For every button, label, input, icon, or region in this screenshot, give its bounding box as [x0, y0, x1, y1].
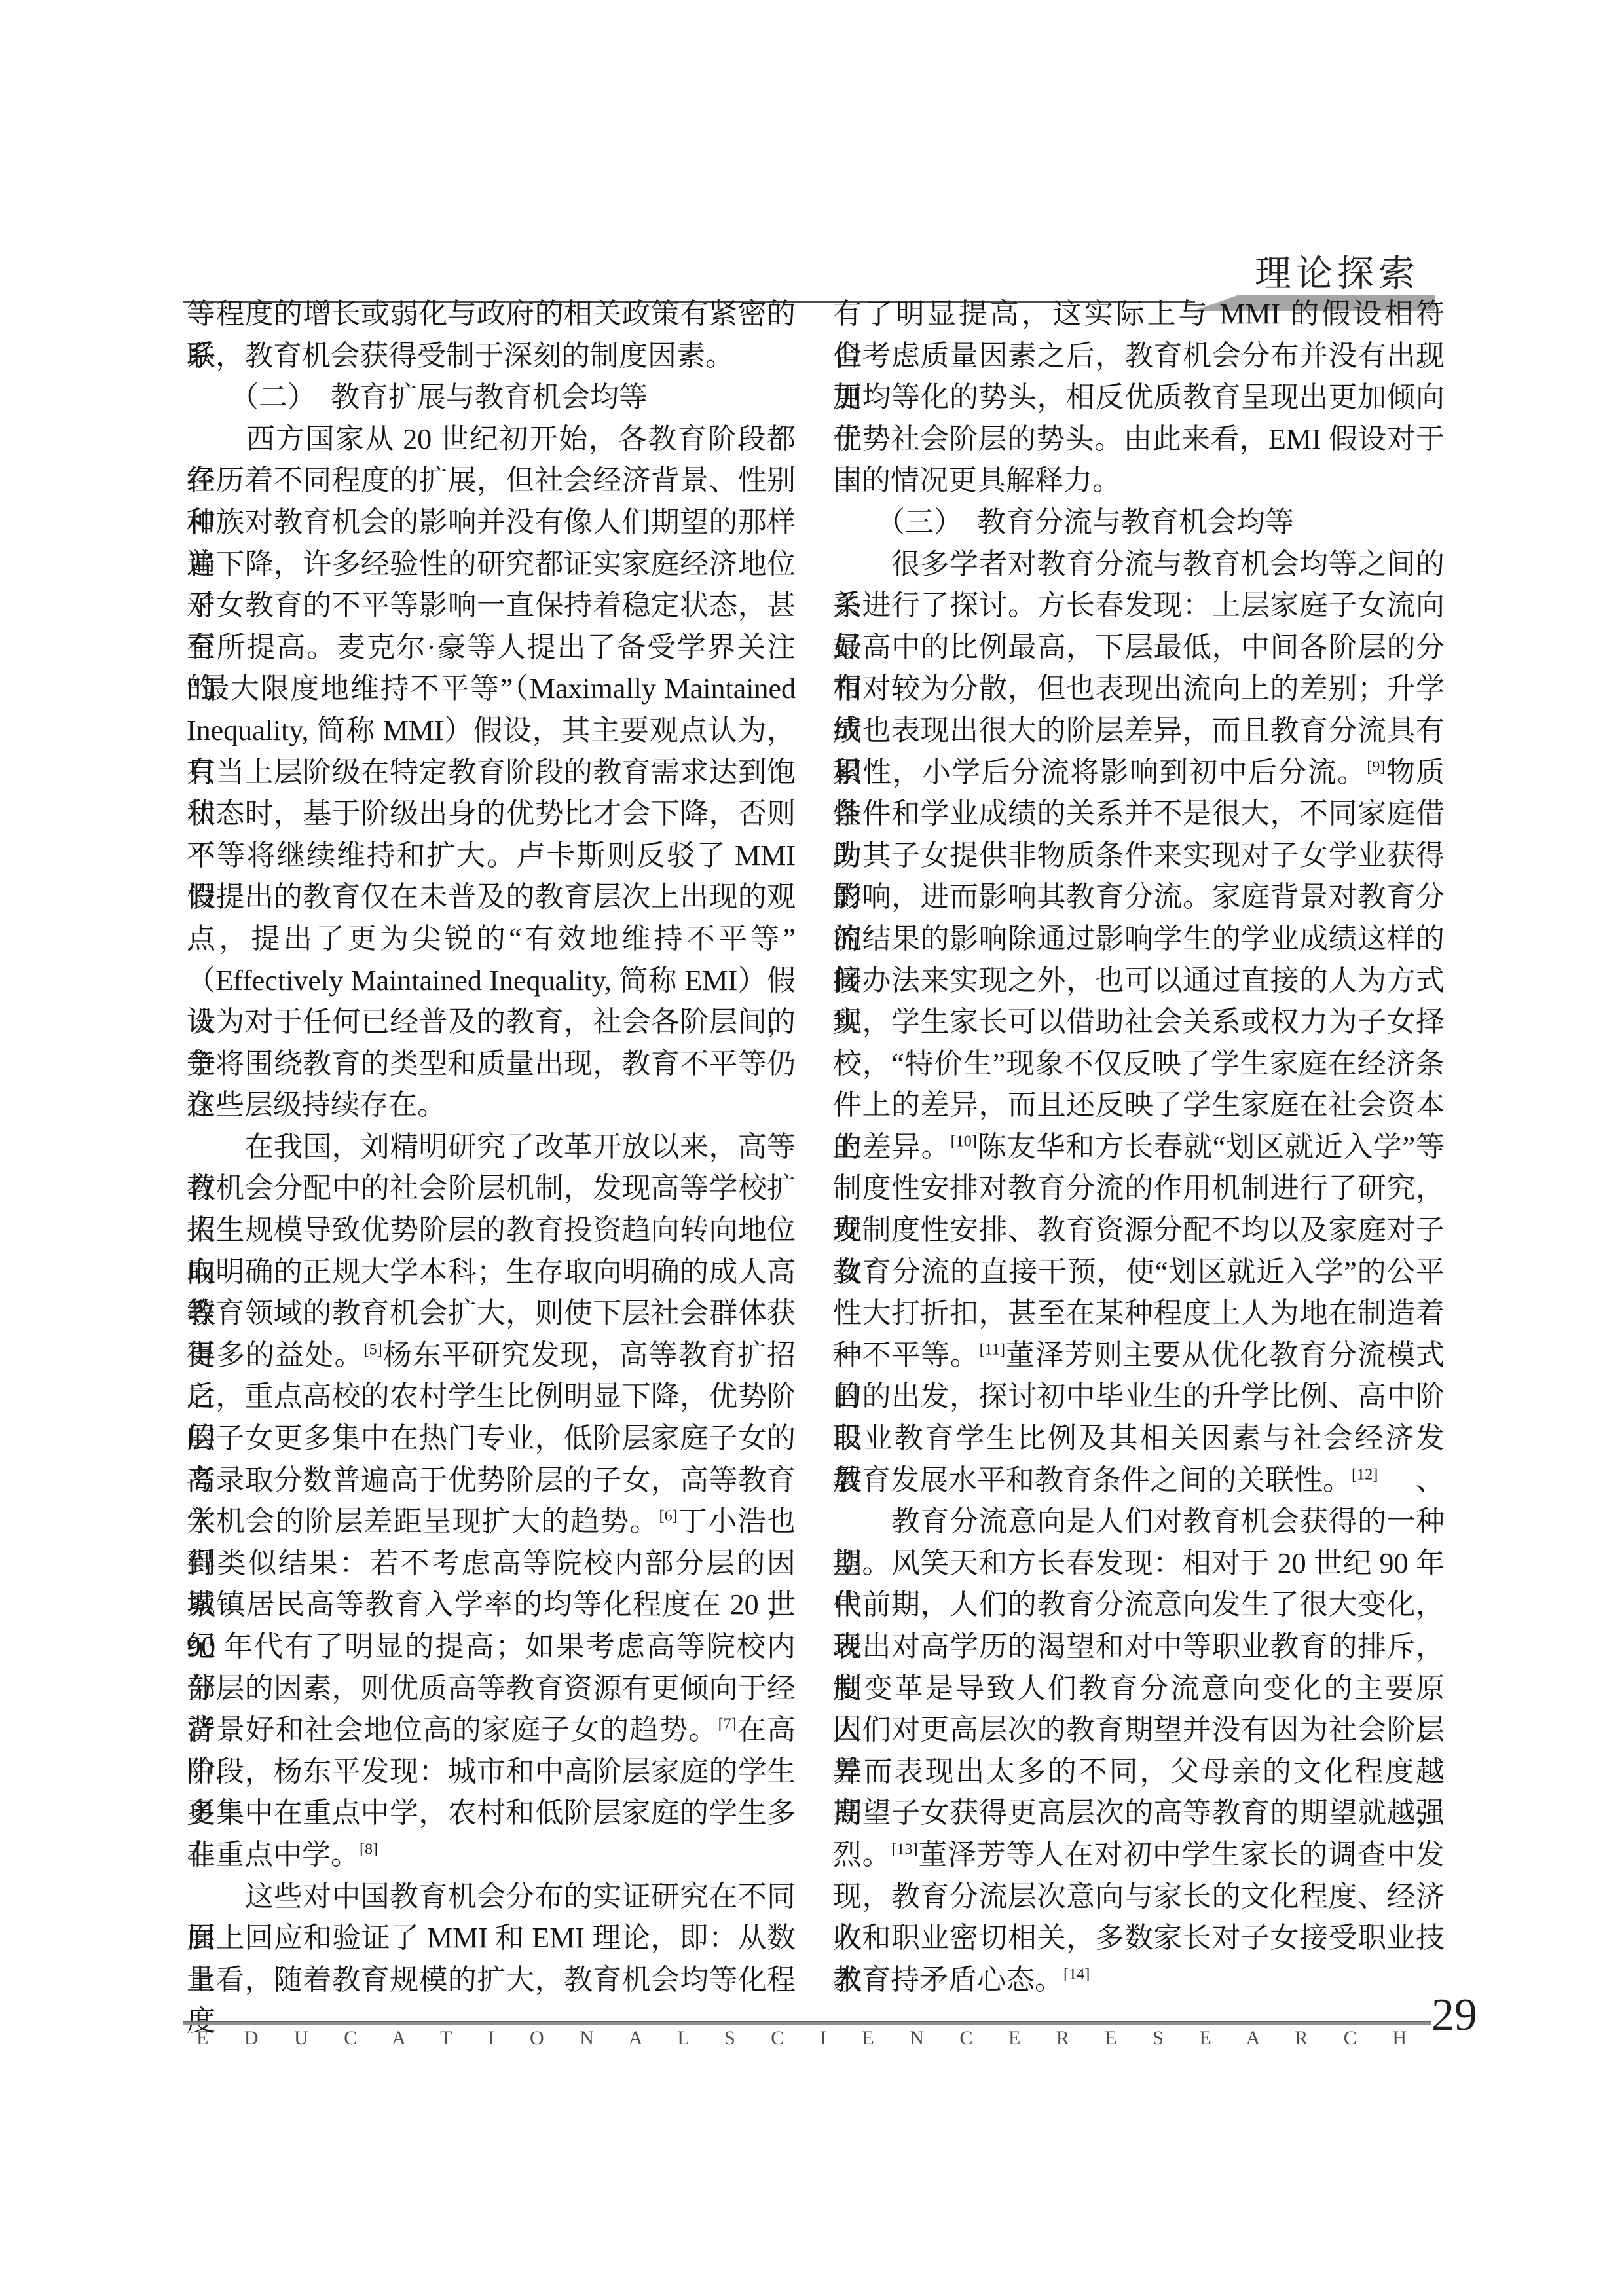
footer-rule: [183, 2021, 1431, 2025]
text-line: 城镇居民高等教育入学率的均等化程度在 20 世纪: [187, 1584, 796, 1626]
text-line: 望。风笑天和方长春发现：相对于 20 世纪 90 年代: [833, 1543, 1445, 1585]
text-line: 西方国家从 20 世纪初开始，各教育阶段都在: [187, 418, 796, 460]
text-line: 育机会分配中的社会阶层机制，发现高等学校扩大: [187, 1167, 796, 1209]
text-line: 上看，随着教育规模的扩大，教育机会均等化程度: [187, 1959, 796, 2001]
text-line: 争将围绕教育的类型和质量出现，教育不平等仍在: [187, 1043, 796, 1085]
text-line: 到类似结果：若不考虑高等院校内部分层的因素，: [187, 1543, 796, 1585]
text-line: （三） 教育分流与教育机会均等: [833, 502, 1445, 543]
text-line: 平等将继续维持和扩大。卢卡斯则反驳了 MMI 假: [187, 835, 796, 877]
text-line: 90 年代有了明显的提高；如果考虑高等院校内部: [187, 1626, 796, 1668]
journal-name-letters: E D U C A T I O N A L S C I E N C E R E …: [196, 2027, 1408, 2049]
text-line: 的差异。[10]陈友华和方长春就“划区就近入学”等: [833, 1126, 1445, 1168]
footnote-ref: [11]: [980, 1340, 1005, 1358]
text-line: 子女教育的不平等影响一直保持着稳定状态，甚至: [187, 585, 796, 627]
text-line: 有当上层阶级在特定教育阶段的教育需求达到饱和: [187, 752, 796, 794]
text-line: 现出对高学历的渴望和对中等职业教育的排斥，制: [833, 1626, 1445, 1668]
text-line: 国的情况更具解释力。: [833, 460, 1445, 502]
text-line: 期望子女获得更高层次的高等教育的期望就越强: [833, 1792, 1445, 1834]
text-line: 烈。[13]董泽芳等人在对初中学生家长的调查中发: [833, 1834, 1445, 1876]
text-line: 分层的因素，则优质高等教育资源有更倾向于经济: [187, 1668, 796, 1710]
text-line: 教育持矛盾心态。[14]: [833, 1959, 1445, 2001]
text-line: （Effectively Maintained Inequality, 简称 E…: [187, 960, 796, 1002]
text-line: 系，教育机会获得受制于深刻的制度因素。: [187, 335, 796, 377]
text-line: 向明确的正规大学本科；生存取向明确的成人高等: [187, 1251, 796, 1293]
text-line: 等程度的增长或弱化与政府的相关政策有紧密的联: [187, 293, 796, 335]
footnote-ref: [12]: [1352, 1465, 1378, 1483]
text-line: 异而表现出太多的不同，父母亲的文化程度越高，: [833, 1751, 1445, 1793]
text-line: 人们对更高层次的教育期望并没有因为社会阶层差: [833, 1709, 1445, 1751]
text-line: 入和职业密切相关，多数家长对子女接受职业技术: [833, 1917, 1445, 1959]
footnote-ref: [13]: [891, 1840, 917, 1858]
text-line: 目的出发，探讨初中毕业生的升学比例、高中阶段: [833, 1376, 1445, 1418]
text-line: 现制度性安排、教育资源分配不均以及家庭对子女: [833, 1209, 1445, 1251]
text-line: 条件和学业成绩的关系并不是很大，不同家庭借助: [833, 793, 1445, 835]
page-number: 29: [1431, 1989, 1477, 2042]
text-line: Inequality, 简称 MMI）假设，其主要观点认为，只: [187, 710, 796, 752]
text-line: 经历着不同程度的扩展，但社会经济背景、性别和: [187, 460, 796, 502]
text-line: 接办法来实现之外，也可以通过直接的人为方式实: [833, 960, 1445, 1002]
text-line: 的子女更多集中在热门专业，低阶层家庭子女的高: [187, 1418, 796, 1460]
text-line: 种族对教育机会的影响并没有像人们期望的那样普: [187, 502, 796, 543]
footnote-ref: [7]: [718, 1716, 737, 1733]
text-line: 件上的差异，而且还反映了学生家庭在社会资本上: [833, 1084, 1445, 1126]
text-line: 更多的益处。[5]杨东平研究发现，高等教育扩招之: [187, 1334, 796, 1376]
text-line: 这些对中国教育机会分布的实证研究在不同层: [187, 1876, 796, 1918]
text-line: 加均等化的势头，相反优质教育呈现出更加倾向于: [833, 376, 1445, 418]
text-line: 学机会的阶层差距呈现扩大的趋势。[6]丁小浩也得: [187, 1501, 796, 1543]
right-column: 有了明显提高，这实际上与 MMI 的假设相符合。但考虑质量因素之后，教育机会分布…: [833, 293, 1445, 2000]
text-line: 影响，进而影响其教育分流。家庭背景对教育分流: [833, 876, 1445, 918]
text-line: 种不平等。[11]董泽芳则主要从优化教育分流模式的: [833, 1334, 1445, 1376]
text-line: 招生规模导致优势阶层的教育投资趋向转向地位取: [187, 1209, 796, 1251]
text-line: 考录取分数普遍高于优势阶层的子女，高等教育入: [187, 1460, 796, 1501]
text-line: 背景好和社会地位高的家庭子女的趋势。[7]在高中: [187, 1709, 796, 1751]
text-line: 这些层级持续存在。: [187, 1084, 796, 1126]
text-line: 遍下降，许多经验性的研究都证实家庭经济地位对: [187, 543, 796, 585]
text-line: 校，“特价生”现象不仅反映了学生家庭在经济条: [833, 1043, 1445, 1085]
text-line: （二） 教育扩展与教育机会均等: [187, 376, 796, 418]
footnote-ref: [5]: [364, 1340, 382, 1358]
text-line: 多集中在重点中学，农村和低阶层家庭的学生多在: [187, 1792, 796, 1834]
text-line: 设提出的教育仅在未普及的教育层次上出现的观: [187, 876, 796, 918]
text-line: 后，重点高校的农村学生比例明显下降，优势阶层: [187, 1376, 796, 1418]
text-line: 非重点中学。[8]: [187, 1834, 796, 1876]
text-line: 相对较为分散，但也表现出流向上的差别；升学成: [833, 668, 1445, 710]
journal-page: 理论探索 等程度的增长或弱化与政府的相关政策有紧密的联系，教育机会获得受制于深刻…: [0, 0, 1624, 2295]
page-title: 理论探索: [1255, 245, 1420, 297]
text-line: 积性，小学后分流将影响到初中后分流。[9]物质性: [833, 752, 1445, 794]
text-line: 教育分流意向是人们对教育机会获得的一种期: [833, 1501, 1445, 1543]
text-line: 很多学者对教育分流与教育机会均等之间的关: [833, 543, 1445, 585]
footnote-ref: [10]: [951, 1132, 977, 1150]
text-line: 度变革是导致人们教育分流意向变化的主要原因；: [833, 1668, 1445, 1710]
text-line: 认为对于任何已经普及的教育，社会各阶层间的竞: [187, 1001, 796, 1043]
text-line: 性大打折扣，甚至在某种程度上人为地在制造着一: [833, 1293, 1445, 1334]
footnote-ref: [9]: [1367, 758, 1385, 775]
text-line: 绩也表现出很大的阶层差异，而且教育分流具有累: [833, 710, 1445, 752]
text-line: 职业教育学生比例及其相关因素与社会经济发展、: [833, 1418, 1445, 1460]
text-line: 系进行了探讨。方长春发现：上层家庭子女流向最: [833, 585, 1445, 627]
text-line: 在我国，刘精明研究了改革开放以来，高等教: [187, 1126, 796, 1168]
text-line: 阶段，杨东平发现：城市和中高阶层家庭的学生更: [187, 1751, 796, 1793]
text-line: 有了明显提高，这实际上与 MMI 的假设相符合。: [833, 293, 1445, 335]
text-line: 优势社会阶层的势头。由此来看，EMI 假设对于中: [833, 418, 1445, 460]
text-line: 有所提高。麦克尔·豪等人提出了备受学界关注的: [187, 627, 796, 669]
text-line: 教育领域的教育机会扩大，则使下层社会群体获得: [187, 1293, 796, 1334]
text-line: 教育分流的直接干预，使“划区就近入学”的公平: [833, 1251, 1445, 1293]
footnote-ref: [8]: [360, 1840, 378, 1858]
text-line: 现，教育分流层次意向与家长的文化程度、经济收: [833, 1876, 1445, 1918]
text-line: 现，学生家长可以借助社会关系或权力为子女择: [833, 1001, 1445, 1043]
text-line: 状态时，基于阶级出身的优势比才会下降，否则不: [187, 793, 796, 835]
text-line: “最大限度地维持不平等”（Maximally Maintained: [187, 668, 796, 710]
footnote-ref: [14]: [1063, 1965, 1090, 1983]
text-line: 面上回应和验证了 MMI 和 EMI 理论，即：从数量: [187, 1917, 796, 1959]
footnote-ref: [6]: [659, 1507, 677, 1525]
text-line: 为其子女提供非物质条件来实现对子女学业获得的: [833, 835, 1445, 877]
left-column: 等程度的增长或弱化与政府的相关政策有紧密的联系，教育机会获得受制于深刻的制度因素…: [187, 293, 796, 2000]
text-line: 制度性安排对教育分流的作用机制进行了研究，发: [833, 1167, 1445, 1209]
text-line: 教育发展水平和教育条件之间的关联性。[12]: [833, 1460, 1445, 1501]
text-line: 的结果的影响除通过影响学生的学业成绩这样的间: [833, 918, 1445, 960]
text-line: 好高中的比例最高，下层最低，中间各阶层的分布: [833, 627, 1445, 669]
text-line: 但考虑质量因素之后，教育机会分布并没有出现更: [833, 335, 1445, 377]
text-line: 点，提出了更为尖锐的“有效地维持不平等”: [187, 918, 796, 960]
text-line: 中前期，人们的教育分流意向发生了很大变化，表: [833, 1584, 1445, 1626]
